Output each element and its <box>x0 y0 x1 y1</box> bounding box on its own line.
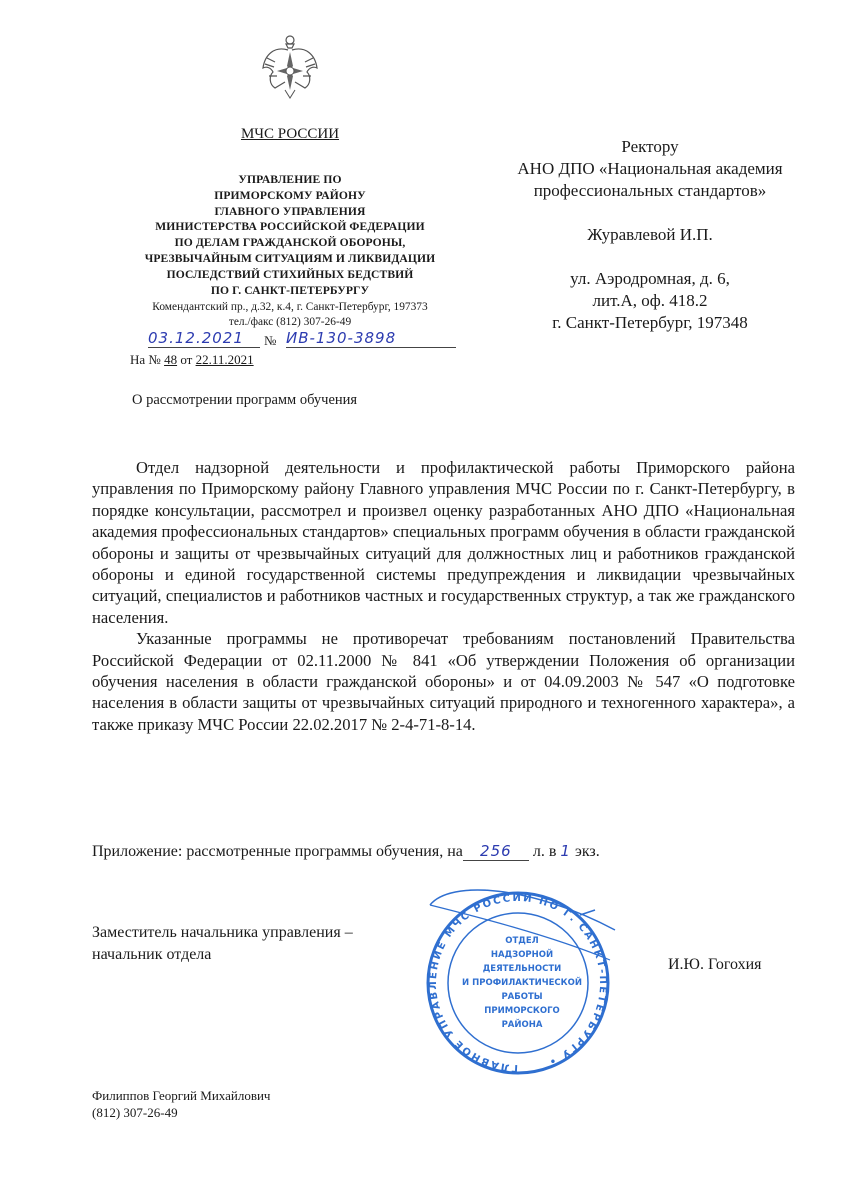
addressee-building: лит.А, оф. 418.2 <box>480 290 820 312</box>
letter-body: Отдел надзорной деятельности и профилакт… <box>92 457 795 735</box>
registration-line: 03.12.2021 № ИВ-130-3898 <box>140 331 460 351</box>
ministry-title: МЧС РОССИИ <box>130 126 450 143</box>
addressee-position: Ректору <box>480 136 820 158</box>
svg-text:РАЙОНА: РАЙОНА <box>502 1018 543 1030</box>
org-line: ГЛАВНОГО УПРАВЛЕНИЯ <box>110 204 470 220</box>
svg-text:И ПРОФИЛАКТИЧЕСКОЙ: И ПРОФИЛАКТИЧЕСКОЙ <box>462 976 582 988</box>
addressee-org: профессиональных стандартов» <box>480 180 820 202</box>
attachment-text: Приложение: рассмотренные программы обуч… <box>92 843 463 860</box>
signatory-title-line: Заместитель начальника управления – <box>92 922 353 944</box>
executor-block: Филиппов Георгий Михайлович (812) 307-26… <box>92 1087 270 1121</box>
signatory-name: И.Ю. Гогохия <box>668 956 762 974</box>
org-phone: тел./факс (812) 307-26-49 <box>110 315 470 330</box>
reference-prefix: На № <box>130 352 161 367</box>
registration-date: 03.12.2021 <box>148 329 260 348</box>
letter-subject: О рассмотрении программ обучения <box>132 392 357 409</box>
org-line: ПО Г. САНКТ-ПЕТЕРБУРГУ <box>110 283 470 299</box>
reference-line: На № 48 от 22.11.2021 <box>130 352 254 368</box>
svg-text:ДЕЯТЕЛЬНОСТИ: ДЕЯТЕЛЬНОСТИ <box>483 964 562 974</box>
org-line: ПРИМОРСКОМУ РАЙОНУ <box>110 188 470 204</box>
body-paragraph: Указанные программы не противоречат треб… <box>92 628 795 735</box>
registration-number: ИВ-130-3898 <box>286 329 456 348</box>
organization-contacts: Комендантский пр., д.32, к.4, г. Санкт-П… <box>110 300 470 330</box>
reference-from-label: от <box>180 352 192 367</box>
attachment-line: Приложение: рассмотренные программы обуч… <box>92 842 600 861</box>
reference-date: 22.11.2021 <box>196 352 254 367</box>
org-line: ЧРЕЗВЫЧАЙНЫМ СИТУАЦИЯМ И ЛИКВИДАЦИИ <box>110 251 470 267</box>
official-stamp-icon: ГЛАВНОЕ УПРАВЛЕНИЕ МЧС РОССИИ ПО Г. САНК… <box>410 875 620 1075</box>
attachment-text: экз. <box>575 843 600 860</box>
org-line: ПОСЛЕДСТВИЙ СТИХИЙНЫХ БЕДСТВИЙ <box>110 267 470 283</box>
signatory-title: Заместитель начальника управления – нача… <box>92 922 353 966</box>
org-address: Комендантский пр., д.32, к.4, г. Санкт-П… <box>110 300 470 315</box>
reference-number: 48 <box>164 352 177 367</box>
addressee-block: Ректору АНО ДПО «Национальная академия п… <box>480 136 820 334</box>
emchs-emblem-icon <box>255 32 325 102</box>
attachment-text: л. в <box>533 843 557 860</box>
org-line: МИНИСТЕРСТВА РОССИЙСКОЙ ФЕДЕРАЦИИ <box>110 219 470 235</box>
addressee-city: г. Санкт-Петербург, 197348 <box>480 312 820 334</box>
svg-text:ОТДЕЛ: ОТДЕЛ <box>505 936 538 946</box>
organization-name-block: УПРАВЛЕНИЕ ПО ПРИМОРСКОМУ РАЙОНУ ГЛАВНОГ… <box>110 172 470 298</box>
addressee-person: Журавлевой И.П. <box>480 224 820 246</box>
attachment-copies: 1 <box>560 842 571 860</box>
executor-name: Филиппов Георгий Михайлович <box>92 1087 270 1104</box>
org-line: ПО ДЕЛАМ ГРАЖДАНСКОЙ ОБОРОНЫ, <box>110 235 470 251</box>
org-line: УПРАВЛЕНИЕ ПО <box>110 172 470 188</box>
svg-text:ПРИМОРСКОГО: ПРИМОРСКОГО <box>484 1006 559 1016</box>
addressee-org: АНО ДПО «Национальная академия <box>480 158 820 180</box>
signatory-title-line: начальник отдела <box>92 944 353 966</box>
svg-text:РАБОТЫ: РАБОТЫ <box>501 992 542 1002</box>
registration-number-label: № <box>264 333 276 349</box>
addressee-street: ул. Аэродромная, д. 6, <box>480 268 820 290</box>
body-paragraph: Отдел надзорной деятельности и профилакт… <box>92 457 795 628</box>
attachment-pages: 256 <box>463 842 529 861</box>
executor-phone: (812) 307-26-49 <box>92 1104 270 1121</box>
svg-text:НАДЗОРНОЙ: НАДЗОРНОЙ <box>491 948 553 960</box>
